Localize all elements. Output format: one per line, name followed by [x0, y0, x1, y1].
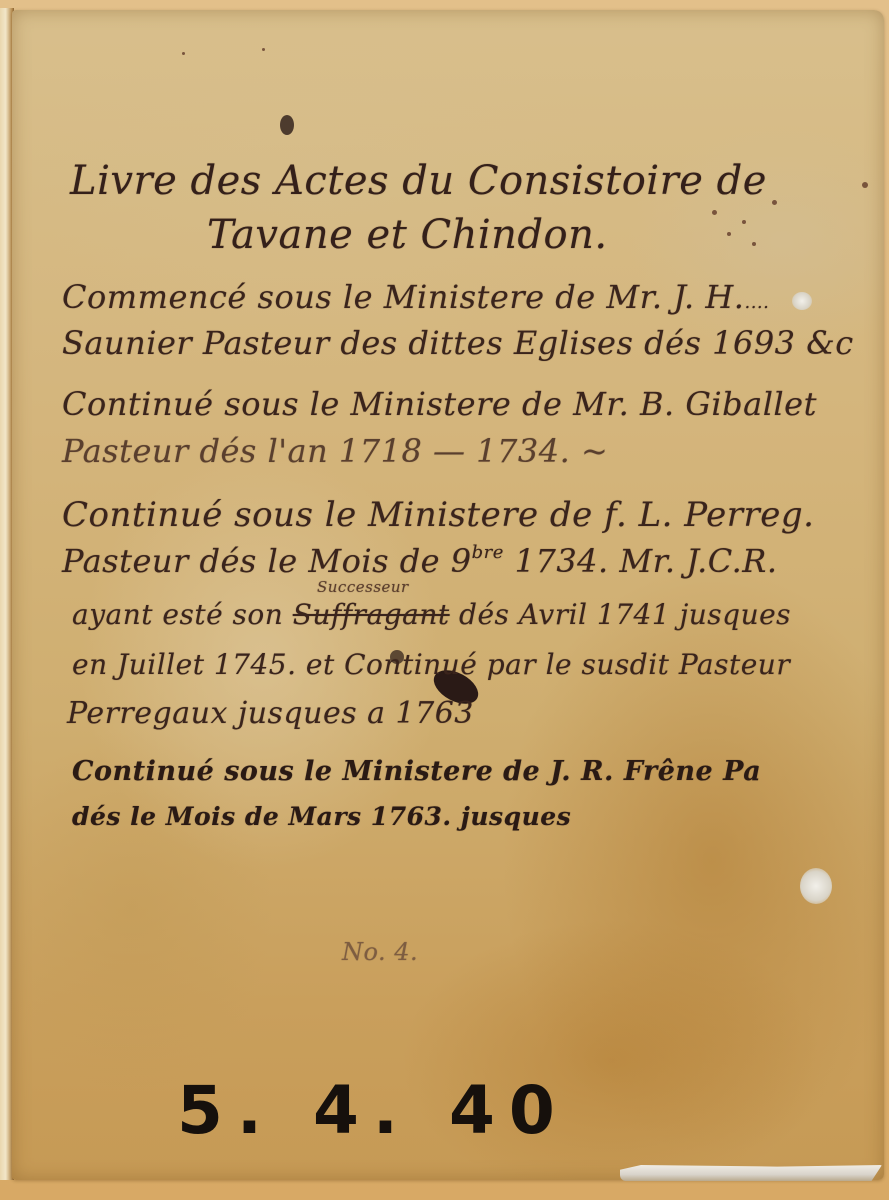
speck [712, 210, 717, 215]
entry-4-line-3: Perregaux jusques a 1763 [67, 696, 474, 731]
entry-1-line-1-text: Commencé sous le Ministere de Mr. J. H. [62, 278, 744, 316]
ink-blot-top [280, 115, 294, 135]
entry-3-line-2-post: 1734. Mr. J.C.R. [504, 542, 778, 580]
title-line-2: Tavane et Chindon. [207, 212, 608, 258]
speck [772, 200, 777, 205]
document-photo: Livre des Actes du Consistoire de Tavane… [0, 0, 889, 1200]
entry-3-line-1: Continué sous le Ministere de f. L. Perr… [62, 495, 814, 535]
entry-4-line-2: en Juillet 1745. et Continué par le susd… [72, 648, 790, 681]
entry-1-line-1-suffix: .... [744, 292, 769, 313]
speck [727, 232, 731, 236]
worn-spot-upper-right [792, 292, 812, 310]
entry-2-line-2: Pasteur dés l'an 1718 — 1734. ~ [62, 432, 608, 470]
entry-5-line-1: Continué sous le Ministere de J. R. Frên… [72, 756, 761, 787]
speck [182, 52, 185, 55]
speck [262, 48, 265, 51]
vellum-cover: Livre des Actes du Consistoire de Tavane… [12, 10, 884, 1180]
entry-3-line-2-pre: Pasteur dés le Mois de 9 [62, 542, 472, 580]
entry-1-line-2: Saunier Pasteur des dittes Eglises dés 1… [62, 324, 854, 362]
title-line-1: Livre des Actes du Consistoire de [70, 158, 767, 204]
cover-bottom-edge-worn [620, 1165, 882, 1181]
entry-4-line-1-pre: ayant esté son [72, 598, 293, 631]
entry-1-line-1: Commencé sous le Ministere de Mr. J. H..… [62, 278, 769, 316]
shelfmark-label: 5. 4. 40 [177, 1072, 569, 1149]
speck [742, 220, 746, 224]
entry-2-line-1: Continué sous le Ministere de Mr. B. Gib… [62, 385, 817, 423]
entry-4-interlinear-correction: Successeur [317, 578, 409, 596]
speck [752, 242, 756, 246]
entry-3-month-superscript: bre [472, 542, 504, 563]
worn-spot-lower-right [800, 868, 832, 904]
volume-number: No. 4. [342, 938, 418, 966]
entry-4-struck-word: Suffragant [293, 598, 450, 631]
entry-3-line-2: Pasteur dés le Mois de 9bre 1734. Mr. J.… [62, 542, 778, 580]
entry-4-line-1-post: dés Avril 1741 jusques [450, 598, 791, 631]
entry-5-line-2: dés le Mois de Mars 1763. jusques [72, 802, 571, 831]
entry-4-line-1: ayant esté son Suffragant dés Avril 1741… [72, 598, 791, 631]
speck [862, 182, 868, 188]
